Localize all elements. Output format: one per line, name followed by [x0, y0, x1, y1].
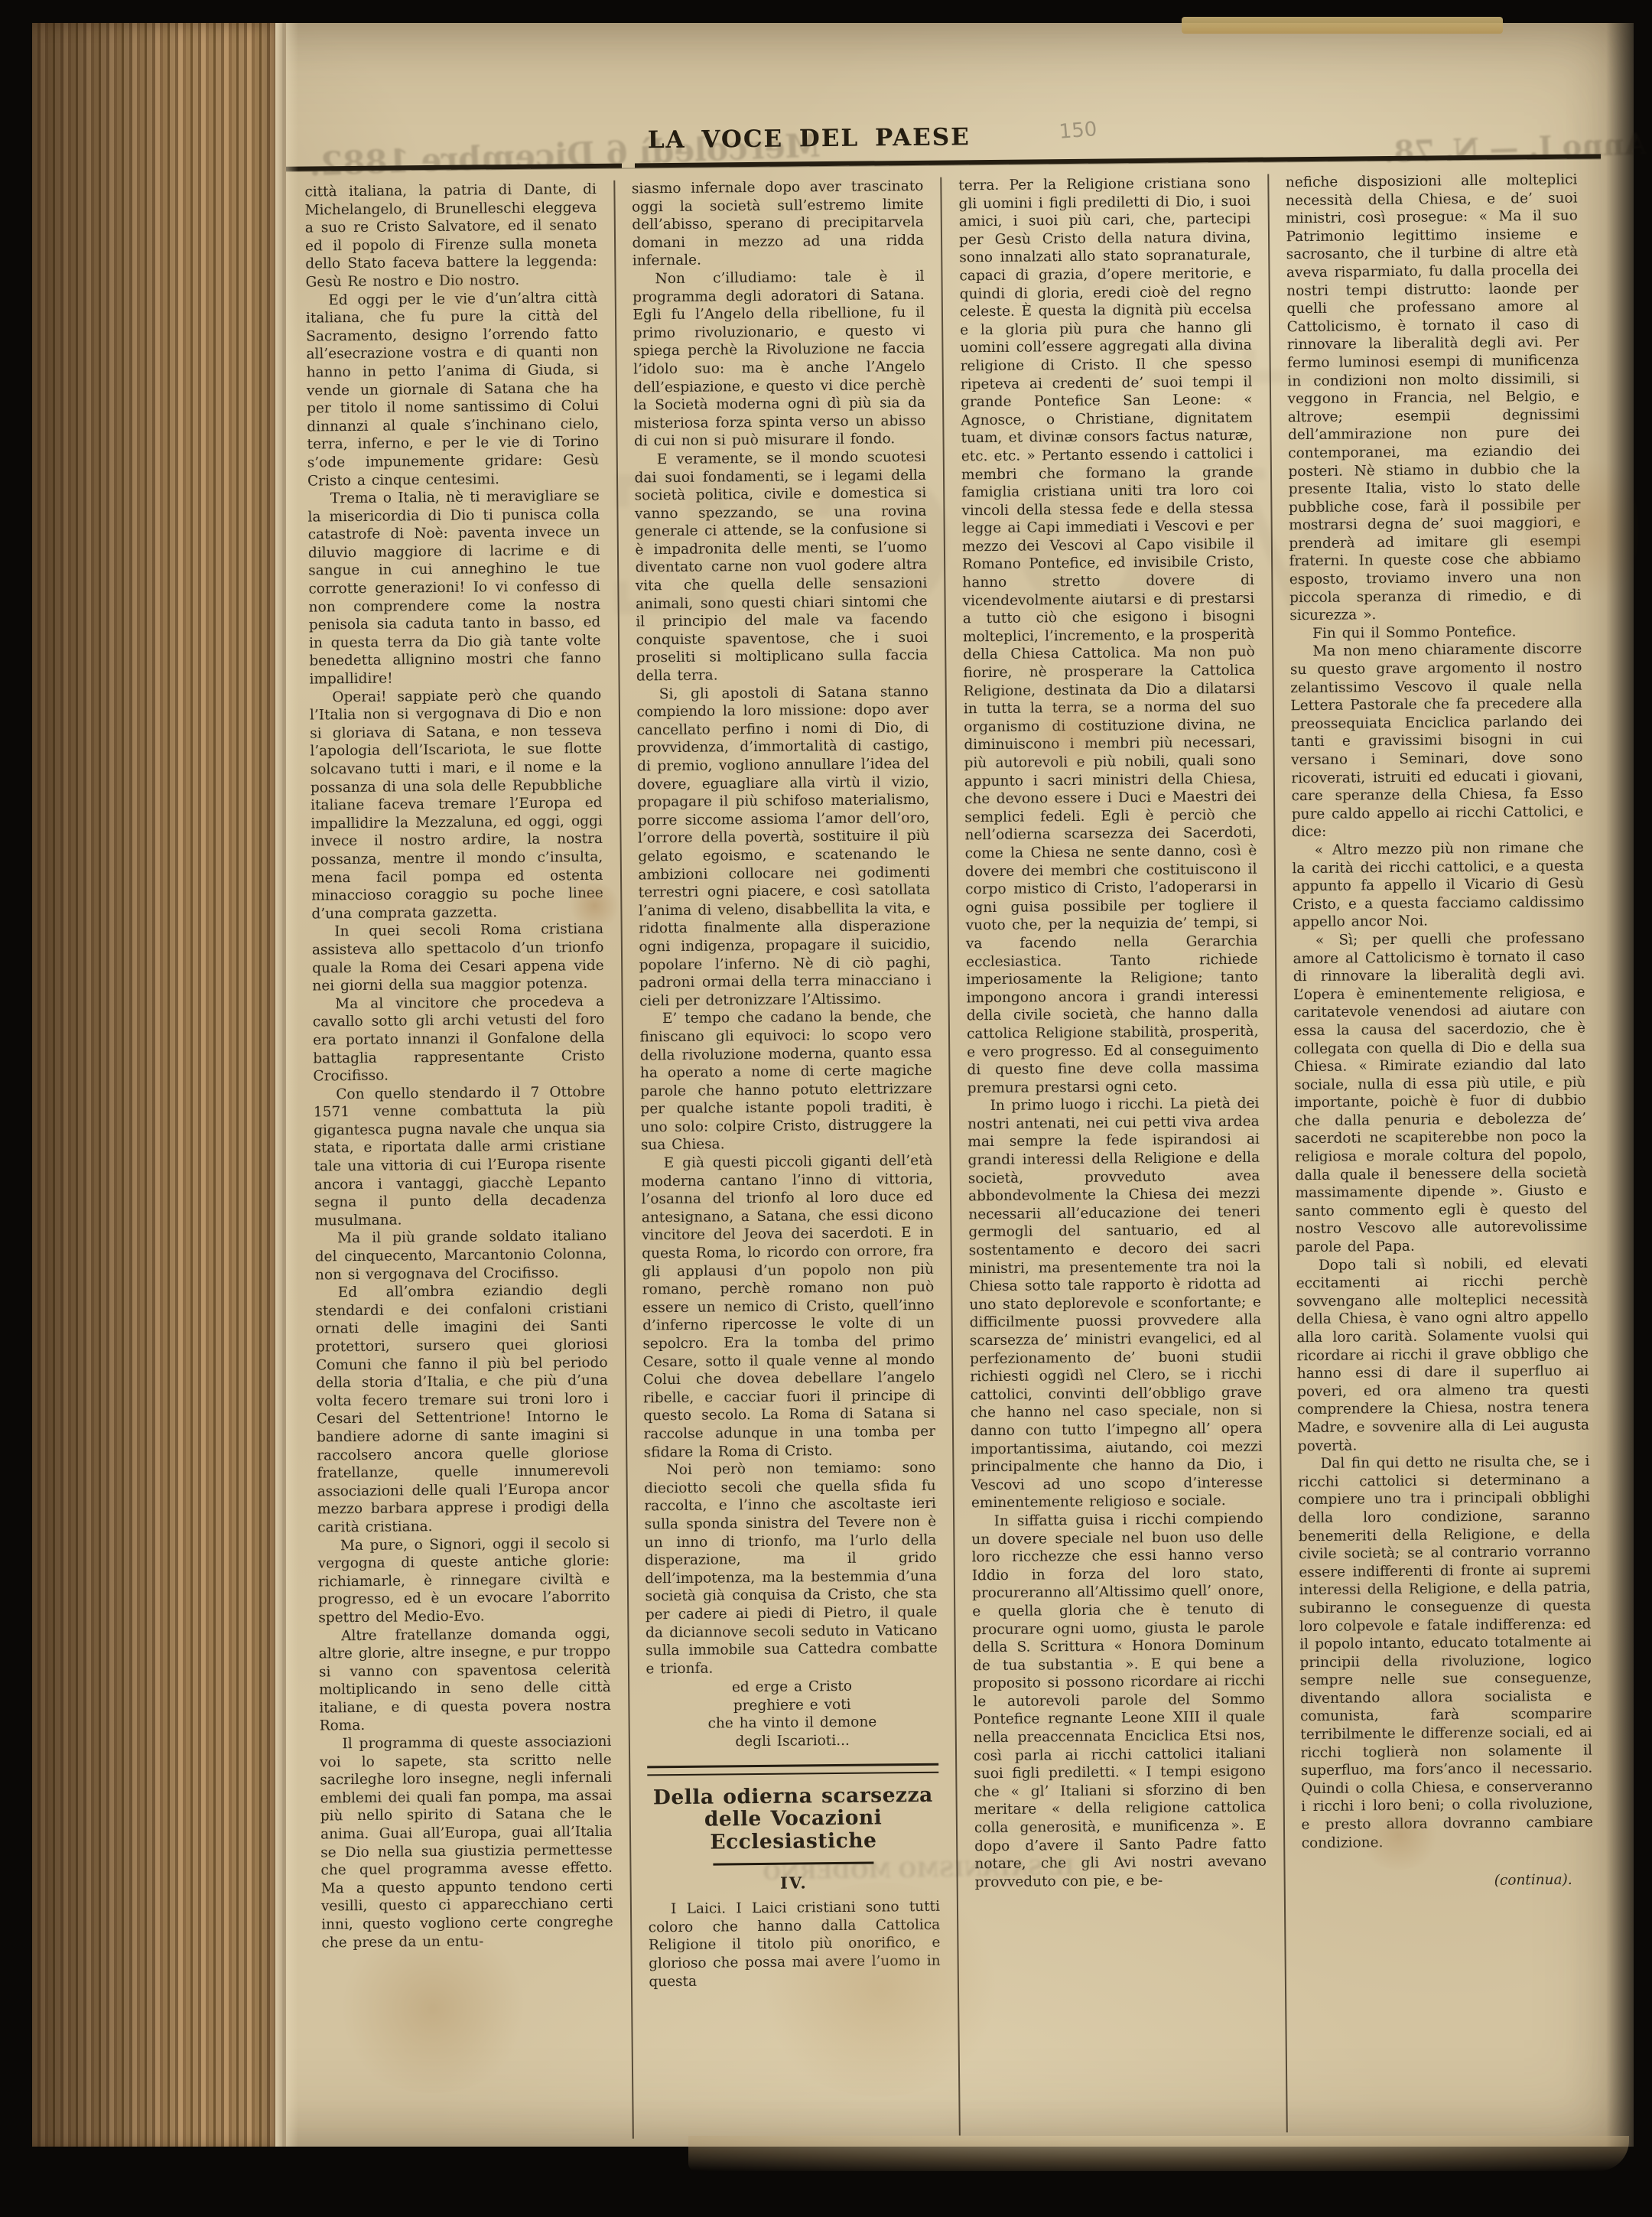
paragraph: siasmo infernale dopo aver trascinato og… [632, 177, 925, 271]
paragraph: Ma pure, o Signori, oggi il secolo si ve… [317, 1534, 610, 1627]
paragraph: In primo luogo i ricchi. La pietà dei no… [967, 1095, 1263, 1512]
paragraph: In quei secoli Roma cristiana assisteva … [312, 920, 604, 995]
adjacent-page-sliver [1182, 17, 1503, 34]
book-page-edges [32, 23, 286, 2150]
paragraph: « Sì; per quelli che professano amore al… [1293, 929, 1588, 1257]
masthead-rule [278, 154, 1601, 171]
section-number: IV. [648, 1872, 940, 1893]
article-columns: città italiana, la patria di Dante, di M… [288, 171, 1612, 2141]
paragraph: Ed all’ombra eziandio degli stendardi e … [315, 1281, 610, 1537]
paragraph: E veramente, se il mondo scuotesi dai su… [634, 448, 928, 685]
column-3: terra. Per la Religione cristiana sono g… [940, 174, 1286, 2136]
column-1: città italiana, la patria di Dante, di M… [288, 181, 632, 2142]
paragraph: città italiana, la patria di Dante, di M… [304, 181, 597, 291]
paragraph: Ma non meno chiaramente discorre su ques… [1290, 640, 1584, 842]
heading-rule [714, 1861, 874, 1865]
paragraph: Ma il più grande soldato italiano del ci… [314, 1227, 606, 1284]
column-4: nefiche disposizioni alle molteplici nec… [1267, 171, 1613, 2132]
paragraph: E’ tempo che cadano la bende, che finisc… [639, 1008, 932, 1154]
column-2: siasmo infernale dopo aver trascinato og… [613, 177, 959, 2139]
paragraph: terra. Per la Religione cristiana sono g… [958, 174, 1259, 1098]
paragraph: « Altro mezzo più non rimane che la cari… [1292, 839, 1585, 933]
paragraph: Dopo tali sì nobili, ed elevati eccitame… [1296, 1254, 1589, 1455]
newspaper-title: LA VOCE DEL PAESE [209, 119, 1410, 158]
paragraph: Noi però non temiamo: sono dieciotto sec… [644, 1459, 938, 1678]
section-divider [647, 1763, 939, 1776]
paragraph: Dal fin qui detto ne risulta che, se i r… [1298, 1453, 1593, 1853]
paragraph: I Laici. I Laici cristiani sono tutti co… [648, 1898, 941, 1991]
paragraph: Il programma di queste associazioni voi … [320, 1733, 613, 1952]
paragraph: In siffatta guisa i ricchi compiendo un … [971, 1510, 1267, 1892]
torn-edge-highlight [275, 23, 298, 2150]
verse-block: ed erge a Cristopreghiere e votiche ha v… [646, 1677, 938, 1752]
verse-line: degli Iscarioti... [646, 1731, 938, 1752]
section-heading: Della odierna scarsezza delle Vocazioni … [647, 1783, 939, 1854]
paragraph: Non c’illudiamo: tale è il programma deg… [633, 268, 926, 451]
paragraph: Altre fratellanze domanda oggi, altre gl… [318, 1624, 611, 1735]
continua-note: (continua). [1302, 1871, 1594, 1892]
paragraph: Trema o Italia, nè ti meravigliare se la… [307, 487, 601, 689]
paragraph: Operai! sappiate però che quando l’Itali… [310, 686, 603, 923]
page-bottom-edge [688, 2136, 1629, 2171]
paragraph: Ed oggi per le vie d’un’altra città ital… [306, 288, 600, 490]
right-gutter-shadow [1606, 0, 1652, 2217]
paragraph: Si, gli apostoli di Satana stanno compie… [636, 682, 932, 1010]
paragraph: E già questi piccoli giganti dell’età mo… [641, 1152, 935, 1462]
paragraph: Ma al vincitore che procedeva a cavallo … [312, 993, 605, 1086]
paragraph: Con quello stendardo il 7 Ottobre 1571 v… [314, 1083, 606, 1230]
paragraph: nefiche disposizioni alle molteplici nec… [1286, 171, 1582, 625]
